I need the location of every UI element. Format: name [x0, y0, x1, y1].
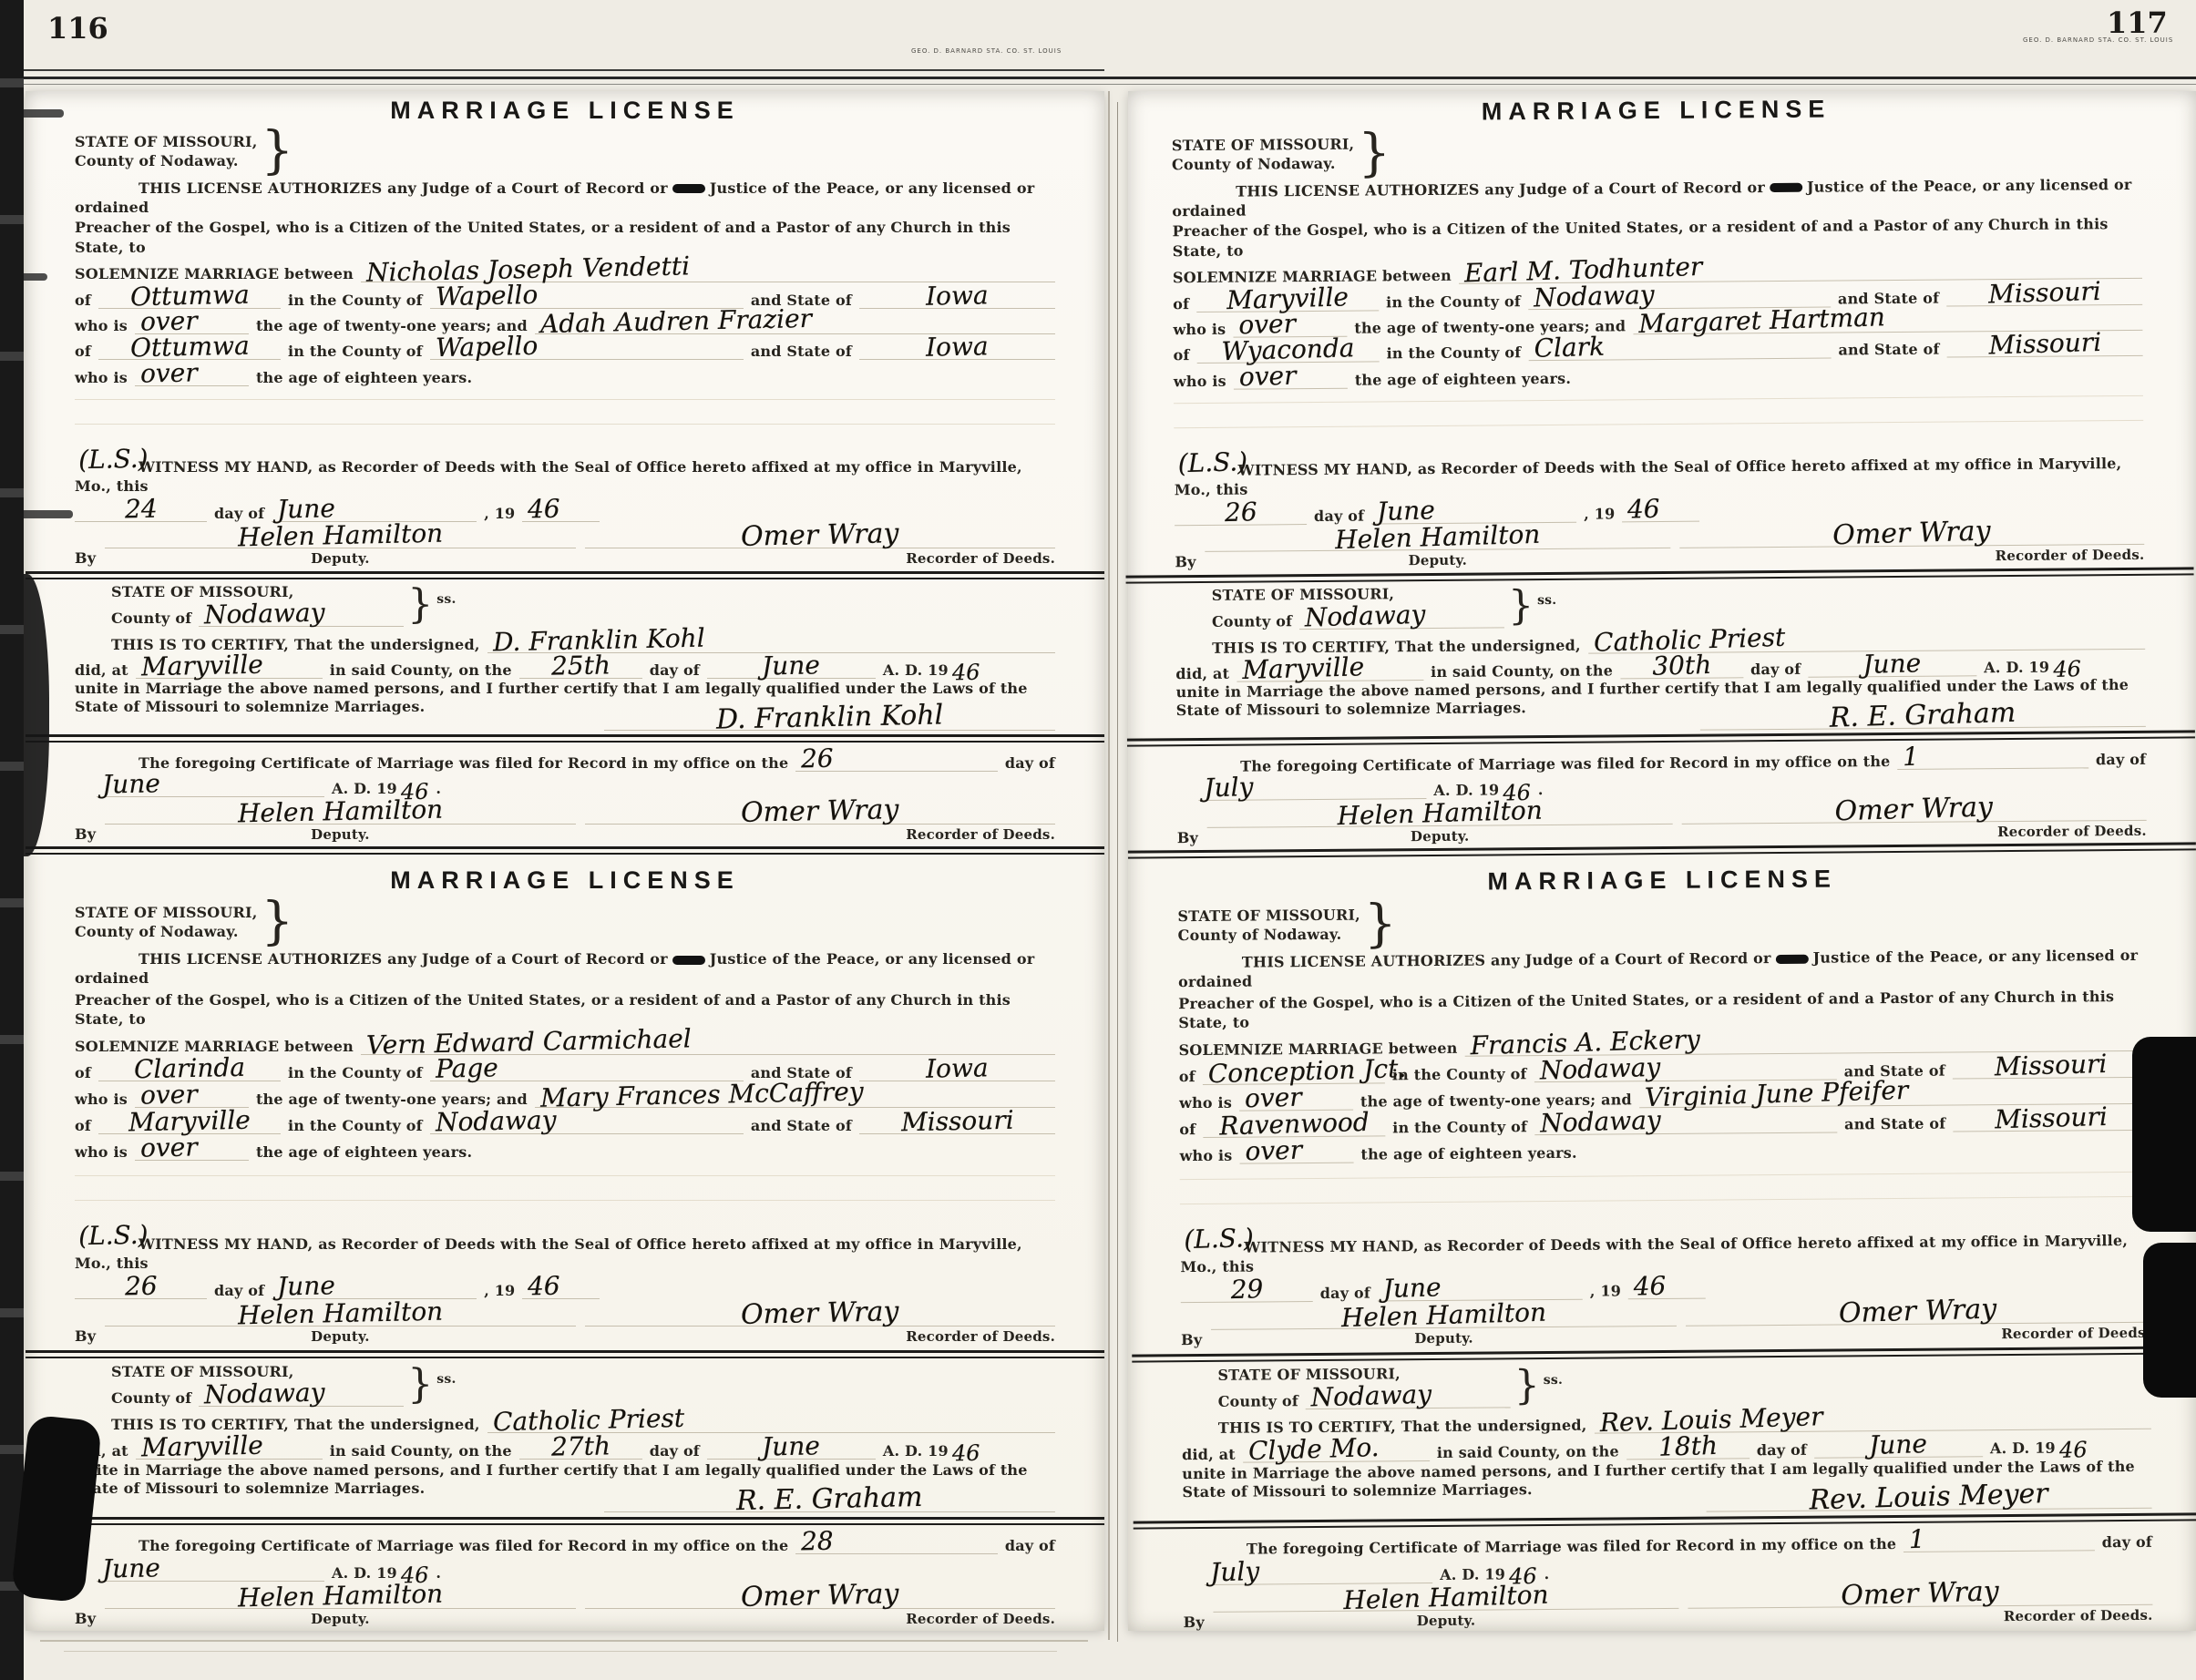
marriage-month-value: June: [762, 653, 820, 678]
age18-label: the age of eighteen years.: [1360, 1144, 1576, 1163]
state-label: STATE OF MISSOURI,: [75, 904, 257, 921]
witness-month-entry: June: [272, 1275, 477, 1299]
groom-residence-row: of Ottumwa in the County of Wapello and …: [75, 284, 1055, 309]
officiant-signature-value: Rev. Louis Meyer: [1809, 1481, 2048, 1513]
officiant-signature-row: R. E. Graham: [75, 1487, 1055, 1512]
brace-glyph: }: [1508, 586, 1534, 626]
marriage-month-entry: June: [707, 1435, 876, 1460]
day-of-label: day of: [1005, 754, 1055, 772]
deputy-label: Deputy.: [1214, 1611, 1679, 1631]
witness-day-entry: 26: [1175, 500, 1307, 526]
groom-city-entry: Clarinda: [98, 1057, 281, 1081]
page-curl-line: [64, 1651, 1057, 1652]
and-state-label: and State of: [1838, 341, 1939, 359]
printer-mark: GEO. D. BARNARD STA. CO. ST. LOUIS: [911, 47, 1062, 55]
certify-county-value: Nodaway: [204, 1380, 325, 1406]
day-of-label: day of: [1314, 507, 1364, 524]
license-title: MARRIAGE LICENSE: [75, 97, 1055, 125]
witness-date-row: 26 day of June , 19 46: [75, 1275, 1055, 1299]
marriage-date-row: did, at Maryville in said County, on the…: [75, 1435, 1055, 1460]
license-separator: [26, 846, 1104, 855]
filed-deputy-entry: Helen Hamilton: [105, 800, 575, 825]
in-county-label: in the County of: [1387, 344, 1522, 363]
who-is-label: who is: [1179, 1094, 1232, 1111]
recorder-signature-entry: Omer Wray: [1679, 519, 2145, 548]
filed-text: The foregoing Certificate of Marriage wa…: [75, 754, 788, 772]
bride-age-entry: over: [1239, 1139, 1353, 1164]
day-of-label: day of: [1320, 1285, 1370, 1302]
certify-county-row: County of Nodaway: [1218, 1383, 1511, 1410]
filed-month-value: June: [102, 772, 160, 796]
license-title: MARRIAGE LICENSE: [75, 866, 1055, 895]
ad-19-label: A. D. 19: [332, 1564, 397, 1582]
certify-county-entry: Nodaway: [1306, 1383, 1511, 1409]
recorder-signature-entry: Omer Wray: [585, 523, 1055, 548]
bride-state-entry: Missouri: [859, 1110, 1055, 1134]
groom-city-value: Conception Jct.: [1207, 1057, 1406, 1085]
bride-age-row: who is over the age of eighteen years.: [75, 1136, 1055, 1161]
license-form: MARRIAGE LICENSE STATE OF MISSOURI, Coun…: [1128, 856, 2196, 1634]
venue-block: STATE OF MISSOURI, County of Nodaway. }: [75, 896, 293, 948]
in-said-county-label: in said County, on the: [330, 661, 512, 679]
filed-day-value: 1: [1909, 1528, 1926, 1552]
bride-age-entry: over: [1234, 364, 1348, 390]
deputy-signature-block: Helen Hamilton Deputy.: [1213, 1584, 1678, 1631]
ruled-line: [1174, 420, 2143, 428]
year-19-label: , 19: [1590, 1283, 1621, 1300]
groom-county-value: Nodaway: [1539, 1056, 1660, 1082]
bride-state-value: Missouri: [1995, 1105, 2108, 1132]
filed-signature-row: By Helen Hamilton Deputy. Omer Wray Reco…: [1176, 794, 2146, 845]
marriage-day-value: 27th: [550, 1434, 610, 1459]
bride-state-value: Missouri: [900, 1109, 1013, 1134]
witness-month-value: June: [1383, 1276, 1442, 1301]
recorder-label: Recorder of Deeds.: [585, 550, 1055, 567]
marriage-day-entry: 25th: [519, 654, 642, 679]
deputy-signature-block: Helen Hamilton Deputy.: [105, 524, 575, 567]
groom-state-value: Iowa: [926, 1056, 989, 1081]
of-label: of: [1179, 1068, 1195, 1085]
deputy-signature-value: Helen Hamilton: [238, 1300, 444, 1327]
did-at-label: did, at: [1175, 665, 1229, 682]
bride-state-entry: Missouri: [1953, 1106, 2149, 1132]
groom-age-value: over: [140, 1083, 198, 1107]
in-county-label: in the County of: [1386, 292, 1521, 311]
scan-top-edge: [0, 77, 2196, 79]
bride-name-value: Adah Audren Frazier: [540, 307, 812, 335]
marriage-day-value: 18th: [1657, 1434, 1718, 1459]
witness-year-value: 46: [528, 497, 560, 521]
groom-name-entry: Nicholas Joseph Vendetti: [361, 258, 1055, 282]
blank-ruled-area: [75, 387, 1055, 436]
day-of-label: day of: [1757, 1441, 1807, 1459]
certify-county-row: County of Nodaway: [111, 1382, 404, 1407]
officiant-signature-entry: D. Franklin Kohl: [604, 705, 1055, 731]
groom-state-entry: Iowa: [859, 284, 1055, 309]
in-county-label: in the County of: [288, 1064, 423, 1081]
recorder-signature-value: Omer Wray: [1839, 1297, 1997, 1327]
authorizes-text: THIS LICENSE AUTHORIZES any Judge of a C…: [1178, 946, 2148, 992]
bride-county-value: Nodaway: [1540, 1109, 1661, 1135]
bride-city-entry: Maryville: [98, 1110, 281, 1134]
filed-deputy-entry: Helen Hamilton: [105, 1584, 575, 1609]
ruled-line: [1180, 1195, 2150, 1204]
filed-row: The foregoing Certificate of Marriage wa…: [75, 1530, 1055, 1554]
deputy-signature-block: Helen Hamilton Deputy.: [105, 1584, 575, 1627]
bride-county-entry: Nodaway: [430, 1110, 744, 1134]
license-title: MARRIAGE LICENSE: [1177, 863, 2147, 898]
marriage-place-entry: Maryville: [136, 1435, 323, 1460]
filed-row: The foregoing Certificate of Marriage wa…: [75, 747, 1055, 772]
witness-month-value: June: [1377, 498, 1436, 523]
ss-label: ss.: [436, 592, 456, 607]
recorder-label: Recorder of Deeds.: [1688, 1607, 2153, 1627]
witness-year-entry: 46: [522, 497, 600, 522]
deputy-signature-value: Helen Hamilton: [1340, 1301, 1546, 1330]
marriage-day-value: 30th: [1652, 653, 1712, 678]
recorder-label: Recorder of Deeds.: [1686, 1325, 2151, 1345]
recorder-label: Recorder of Deeds.: [585, 1611, 1055, 1627]
by-label: By: [75, 549, 96, 567]
day-of-label: day of: [2096, 751, 2146, 768]
bride-age-value: over: [1238, 364, 1296, 388]
officiant-entry: Rev. Louis Meyer: [1594, 1405, 2151, 1434]
by-label: By: [1177, 829, 1198, 846]
deputy-signature-block: Helen Hamilton Deputy.: [1205, 524, 1670, 570]
page-gutter: [1117, 102, 1118, 1642]
book-page-117: MARRIAGE LICENSE STATE OF MISSOURI, Coun…: [1128, 91, 2196, 1631]
state-label: STATE OF MISSOURI,: [1172, 136, 1355, 155]
who-is-label: who is: [75, 369, 128, 386]
witness-month-value: June: [277, 1275, 335, 1299]
groom-residence-row: of Clarinda in the County of Page and St…: [75, 1057, 1055, 1081]
groom-state-entry: Missouri: [1953, 1053, 2149, 1080]
marriage-day-entry: 30th: [1620, 653, 1743, 679]
marriage-month-entry: June: [707, 654, 876, 679]
deputy-signature-value: Helen Hamilton: [1335, 523, 1541, 552]
witness-day-value: 29: [1230, 1277, 1263, 1301]
of-label: of: [75, 1064, 91, 1081]
of-label: of: [1179, 1121, 1195, 1138]
book-tab: [2132, 1037, 2196, 1232]
book-page-116: MARRIAGE LICENSE STATE OF MISSOURI, Coun…: [26, 91, 1104, 1631]
recorder-label: Recorder of Deeds.: [585, 1328, 1055, 1345]
age18-label: the age of eighteen years.: [256, 369, 472, 386]
deputy-signature-block: Helen Hamilton Deputy.: [1211, 1302, 1677, 1348]
marriage-date-row: did, at Maryville in said County, on the…: [75, 654, 1055, 679]
deputy-signature-block: Helen Hamilton Deputy.: [105, 1302, 575, 1345]
filed-day-entry: 28: [795, 1530, 997, 1554]
deputy-label: Deputy.: [1211, 1328, 1677, 1348]
filed-text: The foregoing Certificate of Marriage wa…: [75, 1537, 788, 1554]
by-label: By: [1175, 553, 1195, 570]
who-is-label: who is: [75, 1143, 128, 1161]
day-of-label: day of: [214, 1282, 264, 1299]
filed-month-entry: June: [97, 773, 324, 797]
bride-county-value: Wapello: [435, 334, 538, 360]
county-label: County of Nodaway.: [1178, 926, 1361, 945]
groom-state-value: Iowa: [926, 283, 989, 308]
day-of-label: day of: [2102, 1533, 2152, 1551]
officiant-signature-row: D. Franklin Kohl: [75, 705, 1055, 731]
witness-month-value: June: [277, 497, 335, 521]
witness-year-value: 46: [1634, 1275, 1667, 1298]
bride-city-value: Maryville: [128, 1109, 251, 1134]
recorder-signature-block: Omer Wray Recorder of Deeds.: [585, 1583, 1055, 1627]
marriage-place-value: Clyde Mo.: [1247, 1436, 1379, 1462]
filed-deputy-value: Helen Hamilton: [238, 797, 444, 825]
by-label: By: [1183, 1613, 1204, 1631]
marriage-day-entry: 27th: [519, 1435, 642, 1460]
groom-state-value: Missouri: [1994, 1052, 2107, 1079]
officiant-value: Catholic Priest: [492, 1407, 684, 1434]
certify-county-value: Nodaway: [1311, 1382, 1432, 1409]
authorizes-text: THIS LICENSE AUTHORIZES any Judge of a C…: [75, 179, 1055, 217]
ink-blot: [672, 184, 705, 193]
recorder-signature-block: Omer Wray Recorder of Deeds.: [1681, 794, 2147, 842]
marriage-day-entry: 18th: [1626, 1434, 1750, 1460]
blank-ruled-area: [75, 1163, 1055, 1213]
ink-blot: [1776, 954, 1809, 963]
witness-year-value: 46: [1627, 497, 1660, 521]
bride-county-entry: Nodaway: [1534, 1109, 1837, 1136]
deputy-label: Deputy.: [105, 826, 575, 843]
deputy-label: Deputy.: [105, 1328, 575, 1345]
county-label: County of Nodaway.: [75, 152, 257, 169]
day-of-label: day of: [214, 505, 264, 522]
brace-glyph: }: [407, 1365, 433, 1405]
filed-recorder-entry: Omer Wray: [585, 799, 1055, 825]
marriage-place-entry: Maryville: [136, 654, 323, 679]
deputy-signature-block: Helen Hamilton Deputy.: [105, 800, 575, 843]
filed-deputy-entry: Helen Hamilton: [1207, 799, 1673, 827]
by-label: By: [75, 1327, 96, 1345]
officiant-entry: D. Franklin Kohl: [487, 629, 1055, 653]
bride-name-value: Mary Frances McCaffrey: [540, 1080, 864, 1110]
authorizes-text-a: THIS LICENSE AUTHORIZES any Judge of a C…: [1236, 179, 1765, 200]
scan-top-edge: [0, 84, 2196, 85]
filed-deputy-value: Helen Hamilton: [238, 1582, 444, 1609]
bride-age-value: over: [1245, 1139, 1302, 1163]
marriage-year-value: 46: [2059, 1440, 2088, 1460]
deputy-signature-entry: Helen Hamilton: [1211, 1302, 1677, 1330]
bride-state-value: Missouri: [1988, 331, 2101, 357]
groom-age-value: over: [1238, 312, 1296, 336]
day-of-label: day of: [650, 1442, 700, 1460]
brace-glyph: }: [261, 126, 293, 177]
filed-day-entry: 1: [1897, 743, 2088, 770]
deputy-signature-entry: Helen Hamilton: [1205, 524, 1670, 552]
groom-age-bride-row: who is over the age of twenty-one years;…: [75, 1083, 1055, 1108]
authorizes-text-2: Preacher of the Gospel, who is a Citizen…: [75, 990, 1055, 1029]
officiant-signature-value: R. E. Graham: [1829, 701, 2016, 731]
bride-county-entry: Clark: [1528, 334, 1831, 362]
recorder-signature-value: Omer Wray: [1832, 519, 1991, 548]
page-gutter: [1108, 91, 1110, 1640]
bride-state-entry: Iowa: [859, 335, 1055, 360]
witness-signature-row: By Helen Hamilton Deputy. Omer Wray Reco…: [75, 1301, 1055, 1345]
age18-label: the age of eighteen years.: [256, 1143, 472, 1161]
recorder-signature-block: Omer Wray Recorder of Deeds.: [585, 523, 1055, 567]
certify-county-entry: Nodaway: [1299, 604, 1504, 630]
age18-label: the age of eighteen years.: [1355, 370, 1571, 389]
filed-recorder-entry: Omer Wray: [585, 1583, 1055, 1609]
ruled-line: [75, 399, 1055, 400]
bride-age-value: over: [140, 361, 198, 384]
filed-signature-row: By Helen Hamilton Deputy. Omer Wray Reco…: [75, 799, 1055, 843]
in-said-county-label: in said County, on the: [330, 1442, 512, 1460]
ruled-line: [1174, 395, 2143, 404]
filed-recorder-value: Omer Wray: [741, 1582, 899, 1610]
recorder-signature-block: Omer Wray Recorder of Deeds.: [1679, 519, 2145, 567]
filed-month-entry: July: [1198, 774, 1426, 801]
did-at-label: did, at: [75, 661, 128, 679]
certify-venue-block: STATE OF MISSOURI, County of Nodaway } s…: [111, 1363, 457, 1407]
bride-age-entry: over: [135, 1136, 249, 1161]
marriage-place-value: Maryville: [1242, 655, 1364, 681]
witness-date-row: 24 day of June , 19 46: [75, 497, 1055, 522]
groom-age-value: over: [1245, 1086, 1302, 1111]
brace-glyph: }: [1514, 1366, 1540, 1406]
ad-19-label: A. D. 19: [883, 1442, 949, 1460]
in-county-label: in the County of: [1392, 1118, 1527, 1136]
certify-venue-block: STATE OF MISSOURI, County of Nodaway } s…: [111, 583, 457, 627]
recorder-signature-block: Omer Wray Recorder of Deeds.: [585, 799, 1055, 843]
day-of-label: day of: [1005, 1537, 1055, 1554]
certify-county-entry: Nodaway: [199, 1382, 404, 1407]
venue-block: STATE OF MISSOURI, County of Nodaway. }: [1177, 898, 1397, 951]
groom-residence-row: of Conception Jct. in the County of Noda…: [1179, 1053, 2149, 1085]
certify-county-row: County of Nodaway: [111, 602, 404, 627]
bride-state-entry: Missouri: [1946, 332, 2142, 358]
recorder-signature-value: Omer Wray: [741, 522, 899, 550]
section-divider: [26, 734, 1104, 743]
county-label: County of Nodaway.: [1172, 155, 1355, 174]
and-state-label: and State of: [751, 343, 852, 360]
groom-name-entry: Vern Edward Carmichael: [361, 1030, 1055, 1055]
groom-city-value: Clarinda: [134, 1056, 246, 1081]
county-of-label: County of: [111, 610, 191, 627]
groom-name-row: SOLEMNIZE MARRIAGE between Vern Edward C…: [75, 1030, 1055, 1055]
of-label: of: [75, 343, 91, 360]
in-county-label: in the County of: [288, 292, 423, 309]
ruled-line: [75, 424, 1055, 425]
marriage-month-entry: June: [1814, 1432, 1983, 1458]
scan-top-edge: [0, 69, 1104, 71]
did-at-label: did, at: [1182, 1446, 1236, 1463]
in-said-county-label: in said County, on the: [1437, 1442, 1619, 1461]
in-county-label: in the County of: [1392, 1065, 1527, 1083]
filed-date-row: June A. D. 19 46 .: [75, 773, 1055, 797]
deputy-signature-entry: Helen Hamilton: [105, 524, 575, 548]
deputy-signature-value: Helen Hamilton: [238, 522, 444, 549]
bride-city-value: Ottumwa: [129, 334, 249, 360]
filed-deputy-value: Helen Hamilton: [1337, 798, 1543, 827]
ruled-line: [75, 1200, 1055, 1201]
certify-officiant-row: THIS IS TO CERTIFY, That the undersigned…: [75, 1409, 1055, 1433]
filed-recorder-value: Omer Wray: [741, 797, 899, 825]
in-county-label: in the County of: [288, 343, 423, 360]
marriage-day-value: 25th: [550, 653, 610, 678]
officiant-signature-entry: R. E. Graham: [1699, 702, 2146, 731]
recorder-signature-entry: Omer Wray: [585, 1301, 1055, 1327]
deputy-signature-entry: Helen Hamilton: [105, 1302, 575, 1327]
filed-month-value: July: [1210, 1560, 1260, 1584]
filed-recorder-entry: Omer Wray: [1688, 1580, 2153, 1609]
witness-day-value: 26: [1224, 500, 1257, 524]
day-of-label: day of: [1750, 661, 1801, 678]
county-of-label: County of: [111, 1389, 191, 1407]
state-label: STATE OF MISSOURI,: [1177, 907, 1360, 926]
license-title: MARRIAGE LICENSE: [1171, 93, 2140, 128]
certify-venue-block: STATE OF MISSOURI, County of Nodaway } s…: [1217, 1364, 1563, 1410]
bride-age-row: who is over the age of eighteen years.: [75, 362, 1055, 386]
filed-day-value: 26: [801, 746, 834, 770]
groom-city-value: Ottumwa: [129, 282, 249, 308]
filed-month-entry: June: [97, 1557, 324, 1582]
witness-day-value: 26: [124, 1275, 157, 1298]
year-19-label: , 19: [484, 1282, 515, 1299]
license-form: MARRIAGE LICENSE STATE OF MISSOURI, Coun…: [26, 861, 1104, 1631]
certify-county-row: County of Nodaway: [1212, 604, 1504, 631]
bride-state-value: Iowa: [926, 335, 989, 360]
brace-glyph: }: [1364, 898, 1397, 949]
authorizes-text-a: THIS LICENSE AUTHORIZES any Judge of a C…: [139, 179, 668, 197]
bride-city-value: Wyaconda: [1221, 337, 1355, 364]
recorder-label: Recorder of Deeds.: [585, 826, 1055, 843]
groom-age-value: over: [140, 309, 198, 333]
filed-day-entry: 1: [1904, 1527, 2095, 1553]
authorizes-text-a: THIS LICENSE AUTHORIZES any Judge of a C…: [139, 950, 668, 968]
bride-county-value: Clark: [1534, 335, 1605, 360]
filed-day-value: 28: [801, 1530, 834, 1553]
year-19-label: , 19: [1584, 505, 1615, 522]
filed-signature-row: By Helen Hamilton Deputy. Omer Wray Reco…: [75, 1583, 1055, 1627]
recorder-signature-block: Omer Wray Recorder of Deeds.: [1688, 1580, 2153, 1627]
bride-city-value: Ravenwood: [1219, 1111, 1370, 1138]
by-label: By: [1181, 1331, 1202, 1348]
county-label: County of Nodaway.: [75, 923, 257, 940]
who-is-label: who is: [1179, 1147, 1232, 1164]
year-19-label: , 19: [484, 505, 515, 522]
groom-city-entry: Ottumwa: [98, 284, 281, 309]
by-label: By: [75, 1610, 96, 1627]
of-label: of: [1173, 295, 1189, 312]
marriage-month-entry: June: [1808, 651, 1976, 677]
bride-residence-row: of Ottumwa in the County of Wapello and …: [75, 335, 1055, 360]
witness-day-entry: 29: [1181, 1277, 1313, 1303]
venue-block: STATE OF MISSOURI, County of Nodaway. }: [1172, 128, 1391, 181]
state-label: STATE OF MISSOURI,: [75, 133, 257, 150]
ruled-line: [1180, 1171, 2150, 1179]
groom-county-value: Wapello: [435, 282, 538, 308]
deputy-signature-block: Helen Hamilton Deputy.: [1207, 799, 1673, 845]
bride-name-entry: Mary Frances McCaffrey: [535, 1083, 1055, 1108]
section-divider: [26, 571, 1104, 579]
filed-recorder-value: Omer Wray: [1841, 1579, 1999, 1608]
filed-month-entry: July: [1205, 1559, 1432, 1585]
filed-deputy-value: Helen Hamilton: [1343, 1583, 1549, 1612]
ad-19-label: A. D. 19: [883, 661, 949, 679]
filed-day-entry: 26: [795, 747, 997, 772]
marriage-place-entry: Clyde Mo.: [1243, 1437, 1430, 1463]
officiant-signature-value: D. Franklin Kohl: [716, 702, 944, 732]
filed-recorder-entry: Omer Wray: [1681, 794, 2147, 824]
recorder-signature-block: Omer Wray Recorder of Deeds.: [1685, 1297, 2150, 1345]
county-of-label: County of: [1218, 1392, 1298, 1410]
page-number-left: 116: [47, 11, 108, 46]
bride-age-entry: over: [135, 362, 249, 386]
